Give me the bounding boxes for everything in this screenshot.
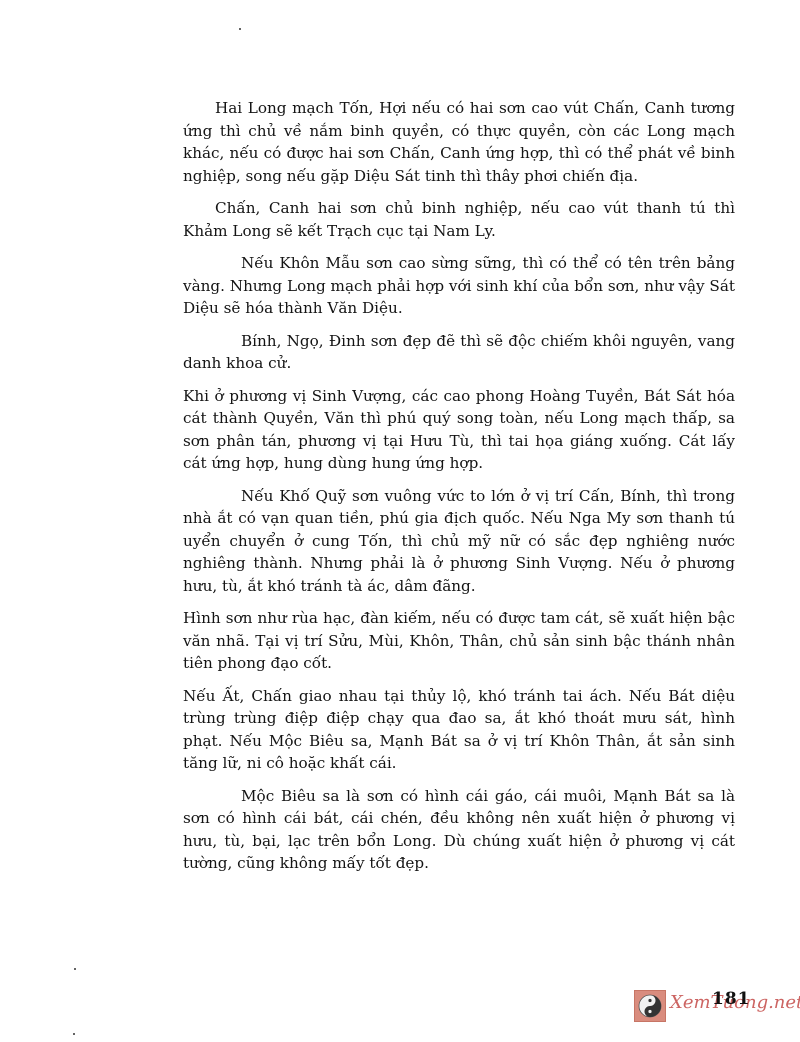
- paragraph: Chấn, Canh hai sơn chủ binh nghiệp, nếu …: [183, 197, 735, 242]
- scan-speck: [74, 968, 76, 970]
- scan-speck: [239, 28, 241, 30]
- paragraph: Mộc Biêu sa là sơn có hình cái gáo, cái …: [183, 785, 735, 875]
- paragraph: Hai Long mạch Tốn, Hợi nếu có hai sơn ca…: [183, 97, 735, 187]
- scanned-book-page: Hai Long mạch Tốn, Hợi nếu có hai sơn ca…: [0, 0, 800, 1042]
- body-text: Hai Long mạch Tốn, Hợi nếu có hai sơn ca…: [183, 97, 735, 885]
- yin-yang-icon: [634, 990, 666, 1022]
- paragraph: Nếu Ất, Chấn giao nhau tại thủy lộ, khó …: [183, 685, 735, 775]
- paragraph: Hình sơn như rùa hạc, đàn kiếm, nếu có đ…: [183, 607, 735, 675]
- paragraph: Bính, Ngọ, Đinh sơn đẹp đẽ thì sẽ độc ch…: [183, 330, 735, 375]
- scan-speck: [73, 1033, 75, 1035]
- page-number: 181: [712, 989, 751, 1009]
- paragraph: Khi ở phương vị Sinh Vượng, các cao phon…: [183, 385, 735, 475]
- paragraph: Nếu Khôn Mẫu sơn cao sừng sững, thì có t…: [183, 252, 735, 320]
- paragraph: Nếu Khố Quỹ sơn vuông vức to lớn ở vị tr…: [183, 485, 735, 598]
